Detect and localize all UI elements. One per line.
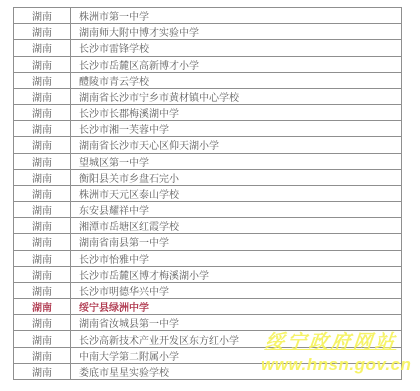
school-cell: 湖南师大附中博才实验中学 bbox=[71, 24, 402, 40]
table-row: 湖南株洲市第一中学 bbox=[14, 8, 402, 24]
province-cell: 湖南 bbox=[14, 169, 71, 185]
table-row: 湖南湖南省长沙市天心区仰天湖小学 bbox=[14, 137, 402, 153]
table-row: 湖南长沙市岳麓区博才梅溪湖小学 bbox=[14, 266, 402, 282]
table-row: 湖南长沙市怡雅中学 bbox=[14, 250, 402, 266]
table-row: 湖南东安县耀祥中学 bbox=[14, 202, 402, 218]
province-cell: 湖南 bbox=[14, 185, 71, 201]
province-cell: 湖南 bbox=[14, 363, 71, 379]
watermark-url: www.hnsn.gov.cn bbox=[261, 355, 411, 374]
table-row: 湖南湖南省汝城县第一中学 bbox=[14, 315, 402, 331]
school-cell: 醴陵市青云学校 bbox=[71, 72, 402, 88]
school-cell: 望城区第一中学 bbox=[71, 153, 402, 169]
page: { "page": { "background": "#ffffff" }, "… bbox=[0, 0, 420, 391]
province-cell: 湖南 bbox=[14, 72, 71, 88]
province-cell: 湖南 bbox=[14, 56, 71, 72]
watermark-site-name: 绥宁政府网站 bbox=[264, 332, 398, 353]
table-row: 湖南长沙市明德华兴中学 bbox=[14, 282, 402, 298]
table-row: 湖南衡阳县关市乡盘石完小 bbox=[14, 169, 402, 185]
table-row: 湖南长沙市岳麓区高新博才小学 bbox=[14, 56, 402, 72]
table-row: 湖南长沙市长郡梅溪湖中学 bbox=[14, 105, 402, 121]
school-cell: 衡阳县关市乡盘石完小 bbox=[71, 169, 402, 185]
school-cell: 长沙市岳麓区高新博才小学 bbox=[71, 56, 402, 72]
school-cell: 长沙市明德华兴中学 bbox=[71, 282, 402, 298]
school-cell: 湖南省汝城县第一中学 bbox=[71, 315, 402, 331]
school-table-body: 湖南株洲市第一中学湖南湖南师大附中博才实验中学湖南长沙市雷锋学校湖南长沙市岳麓区… bbox=[14, 8, 402, 380]
school-cell: 湘潭市岳塘区红霞学校 bbox=[71, 218, 402, 234]
school-cell: 湖南省长沙市天心区仰天湖小学 bbox=[71, 137, 402, 153]
table-row: 湖南长沙市雷锋学校 bbox=[14, 40, 402, 56]
province-cell: 湖南 bbox=[14, 153, 71, 169]
province-cell: 湖南 bbox=[14, 218, 71, 234]
province-cell: 湖南 bbox=[14, 250, 71, 266]
school-cell: 长沙市长郡梅溪湖中学 bbox=[71, 105, 402, 121]
province-cell: 湖南 bbox=[14, 202, 71, 218]
school-cell: 长沙市湘一芙蓉中学 bbox=[71, 121, 402, 137]
school-cell: 长沙市岳麓区博才梅溪湖小学 bbox=[71, 266, 402, 282]
school-cell: 株洲市天元区泰山学校 bbox=[71, 185, 402, 201]
province-cell: 湖南 bbox=[14, 88, 71, 104]
province-cell: 湖南 bbox=[14, 137, 71, 153]
school-list-table: 湖南株洲市第一中学湖南湖南师大附中博才实验中学湖南长沙市雷锋学校湖南长沙市岳麓区… bbox=[13, 7, 402, 380]
province-cell: 湖南 bbox=[14, 331, 71, 347]
province-cell: 湖南 bbox=[14, 347, 71, 363]
province-cell: 湖南 bbox=[14, 24, 71, 40]
province-cell: 湖南 bbox=[14, 8, 71, 24]
school-cell: 湖南省长沙市宁乡市黄材镇中心学校 bbox=[71, 88, 402, 104]
table-row: 湖南醴陵市青云学校 bbox=[14, 72, 402, 88]
school-cell: 长沙市雷锋学校 bbox=[71, 40, 402, 56]
province-cell: 湖南 bbox=[14, 121, 71, 137]
table-row: 湖南湖南省长沙市宁乡市黄材镇中心学校 bbox=[14, 88, 402, 104]
school-cell: 绥宁县绿洲中学 bbox=[71, 299, 402, 315]
table-row: 湖南长沙市湘一芙蓉中学 bbox=[14, 121, 402, 137]
table-row: 湖南绥宁县绿洲中学 bbox=[14, 299, 402, 315]
province-cell: 湖南 bbox=[14, 105, 71, 121]
province-cell: 湖南 bbox=[14, 234, 71, 250]
school-cell: 湖南省南县第一中学 bbox=[71, 234, 402, 250]
province-cell: 湖南 bbox=[14, 40, 71, 56]
school-cell: 东安县耀祥中学 bbox=[71, 202, 402, 218]
table-row: 湖南湖南省南县第一中学 bbox=[14, 234, 402, 250]
province-cell: 湖南 bbox=[14, 315, 71, 331]
province-cell: 湖南 bbox=[14, 299, 71, 315]
table-row: 湖南湖南师大附中博才实验中学 bbox=[14, 24, 402, 40]
province-cell: 湖南 bbox=[14, 282, 71, 298]
table-row: 湖南湘潭市岳塘区红霞学校 bbox=[14, 218, 402, 234]
table-row: 湖南株洲市天元区泰山学校 bbox=[14, 185, 402, 201]
school-cell: 长沙市怡雅中学 bbox=[71, 250, 402, 266]
table-row: 湖南望城区第一中学 bbox=[14, 153, 402, 169]
province-cell: 湖南 bbox=[14, 266, 71, 282]
school-cell: 株洲市第一中学 bbox=[71, 8, 402, 24]
